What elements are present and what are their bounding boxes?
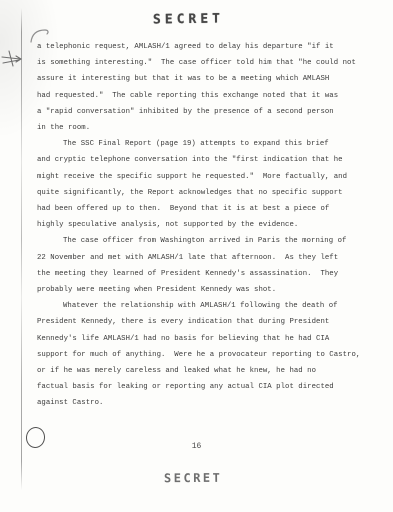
text-line: or if he was merely careless and leaked … <box>37 363 372 379</box>
document-body: a telephonic request, AMLASH/1 agreed to… <box>37 39 372 412</box>
text-line: 22 November and met with AMLASH/1 late t… <box>37 250 372 266</box>
text-line: against Castro. <box>37 395 372 411</box>
text-line: President Kennedy, there is every indica… <box>37 314 372 330</box>
text-line: The case officer from Washington arrived… <box>37 233 372 249</box>
text-line: the meeting they learned of President Ke… <box>37 266 372 282</box>
scan-edge-line <box>21 8 22 490</box>
text-line: The SSC Final Report (page 19) attempts … <box>37 136 372 152</box>
text-line: in the room. <box>37 120 372 136</box>
classification-stamp-top: SECRET <box>153 12 224 28</box>
page-number: 16 <box>0 442 393 451</box>
text-line: and cryptic telephone conversation into … <box>37 152 372 168</box>
text-line: quite significantly, the Report acknowle… <box>37 185 372 201</box>
text-line: a "rapid conversation" inhibited by the … <box>37 104 372 120</box>
text-line: is something interesting." The case offi… <box>37 55 372 71</box>
text-line: probably were meeting when President Ken… <box>37 282 372 298</box>
text-line: a telephonic request, AMLASH/1 agreed to… <box>37 39 372 55</box>
text-line: assure it interesting but that it was to… <box>37 71 372 87</box>
text-line: factual basis for leaking or reporting a… <box>37 379 372 395</box>
text-line: had requested." The cable reporting this… <box>37 88 372 104</box>
classification-stamp-bottom: SECRET <box>164 471 222 486</box>
text-line: might receive the specific support he re… <box>37 169 372 185</box>
pencil-scribble-mark <box>2 51 21 66</box>
text-line: Kennedy's life AMLASH/1 had no basis for… <box>37 331 372 347</box>
text-line: had been offered up to then. Beyond that… <box>37 201 372 217</box>
text-line: support for much of anything. Were he a … <box>37 347 372 363</box>
text-line: highly speculative analysis, not support… <box>37 217 372 233</box>
scanned-document-page: SECRET a telephonic request, AMLASH/1 ag… <box>0 0 393 512</box>
text-line: Whatever the relationship with AMLASH/1 … <box>37 298 372 314</box>
